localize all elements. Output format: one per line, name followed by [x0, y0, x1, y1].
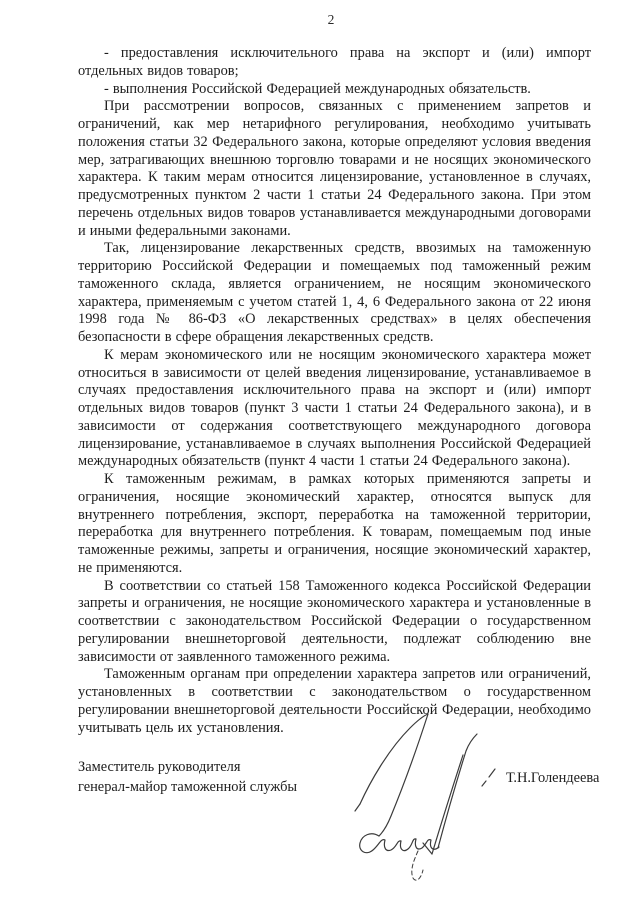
signer-position-line2: генерал-майор таможенной службы [78, 778, 378, 798]
body-paragraph: При рассмотрении вопросов, связанных с п… [78, 98, 591, 240]
page-number: 2 [0, 12, 640, 28]
signer-position-line1: Заместитель руководителя [78, 758, 378, 778]
document-page: 2 - предоставления исключительного права… [0, 0, 640, 900]
body-paragraph: Таможенным органам при определении харак… [78, 666, 591, 737]
body-paragraph: К таможенным режимам, в рамках которых п… [78, 471, 591, 578]
body-paragraph: В соответствии со статьей 158 Таможенног… [78, 578, 591, 667]
body-paragraph: Так, лицензирование лекарственных средст… [78, 240, 591, 347]
body-paragraph: - предоставления исключительного права н… [78, 45, 591, 81]
body-paragraph: - выполнения Российской Федерацией между… [78, 81, 591, 99]
body-paragraph: К мерам экономического или не носящим эк… [78, 347, 591, 471]
signature-block: Заместитель руководителя генерал-майор т… [78, 758, 378, 797]
document-body: - предоставления исключительного права н… [78, 45, 591, 737]
signer-name: Т.Н.Голендеева [506, 770, 599, 787]
